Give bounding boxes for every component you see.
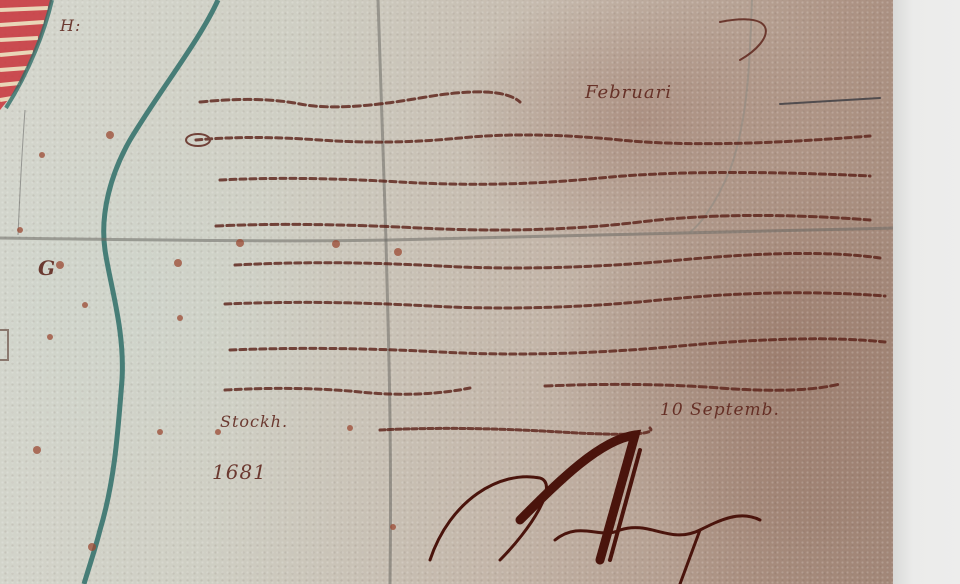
text-date: 10 Septemb. — [660, 400, 780, 420]
text-year: 1681 — [212, 460, 267, 484]
handwritten-text — [0, 0, 893, 584]
background-margin — [893, 0, 960, 584]
signature-strokes — [430, 435, 760, 584]
text-month: Februari — [585, 82, 672, 103]
text-closing-prefix: Stockh. — [220, 412, 288, 431]
